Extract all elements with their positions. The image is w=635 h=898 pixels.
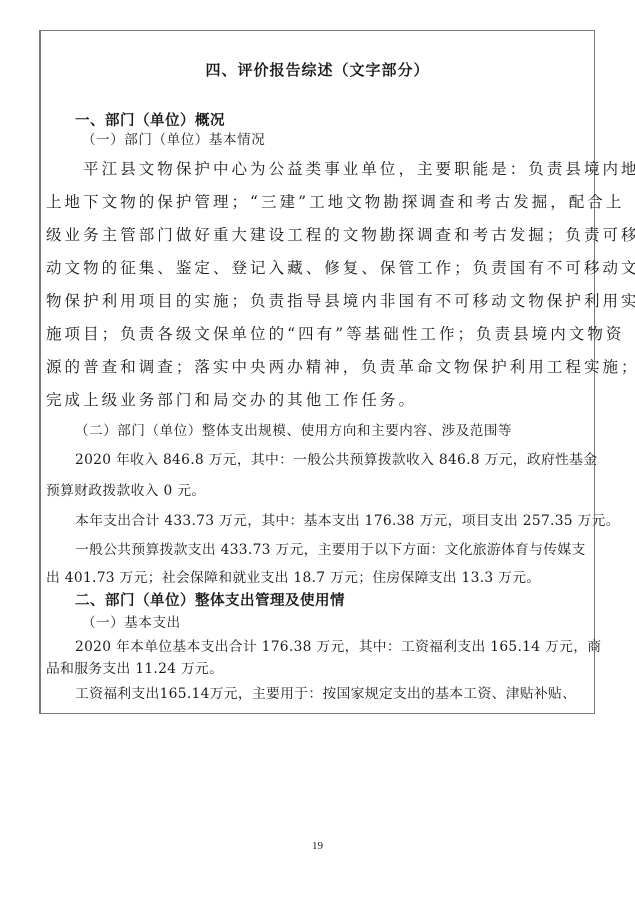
general-budget-line-cont: 出 401.73 万元；社会保障和就业支出 18.7 万元；住房保障支出 13.… bbox=[46, 572, 540, 586]
section-2-heading: 二、部门（单位）整体支出管理及使用情 bbox=[75, 594, 345, 609]
income-line: 2020 年收入 846.8 万元，其中：一般公共预算拨款收入 846.8 万元… bbox=[75, 454, 597, 468]
page-number: 19 bbox=[0, 840, 635, 852]
salary-expense-line: 工资福利支出165.14万元，主要用于：按国家规定支出的基本工资、津贴补贴、 bbox=[75, 688, 576, 702]
paragraph-line: 源的普查和调查；落实中央两办精神，负责革命文物保护利用工程实施； bbox=[46, 360, 635, 376]
section-2-sub-1-heading: （一）基本支出 bbox=[82, 617, 181, 631]
section-1-sub-1-heading: （一）部门（单位）基本情况 bbox=[82, 134, 265, 148]
paragraph-line: 级业务主管部门做好重大建设工程的文物勘探调查和考古发掘；负责可移 bbox=[46, 228, 635, 244]
income-line-cont: 预算财政拨款收入 0 元。 bbox=[46, 485, 205, 499]
section-1-sub-2-heading: （二）部门（单位）整体支出规模、使用方向和主要内容、涉及范围等 bbox=[75, 425, 512, 439]
basic-expense-line-cont: 品和服务支出 11.24 万元。 bbox=[46, 663, 223, 677]
page-title: 四、评价报告综述（文字部分） bbox=[0, 63, 635, 78]
paragraph-line: 平江县文物保护中心为公益类事业单位，主要职能是：负责县境内地 bbox=[46, 162, 635, 178]
basic-expense-line: 2020 年本单位基本支出合计 176.38 万元，其中：工资福利支出 165.… bbox=[75, 641, 601, 655]
paragraph-line: 动文物的征集、鉴定、登记入藏、修复、保管工作；负责国有不可移动文 bbox=[46, 261, 635, 277]
expense-total-line: 本年支出合计 433.73 万元，其中：基本支出 176.38 万元，项目支出 … bbox=[75, 515, 620, 529]
paragraph-line: 完成上级业务部门和局交办的其他工作任务。 bbox=[46, 393, 417, 409]
paragraph-line: 上地下文物的保护管理；“三建”工地文物勘探调查和考古发掘，配合上 bbox=[46, 195, 624, 211]
paragraph-line: 物保护利用项目的实施；负责指导县境内非国有不可移动文物保护利用实 bbox=[46, 294, 635, 310]
paragraph-line: 施项目；负责各级文保单位的“四有”等基础性工作；负责县境内文物资 bbox=[46, 327, 624, 343]
section-1-heading: 一、部门（单位）概况 bbox=[75, 114, 225, 129]
general-budget-line: 一般公共预算拨款支出 433.73 万元，主要用于以下方面：文化旅游体育与传媒支 bbox=[75, 544, 586, 558]
